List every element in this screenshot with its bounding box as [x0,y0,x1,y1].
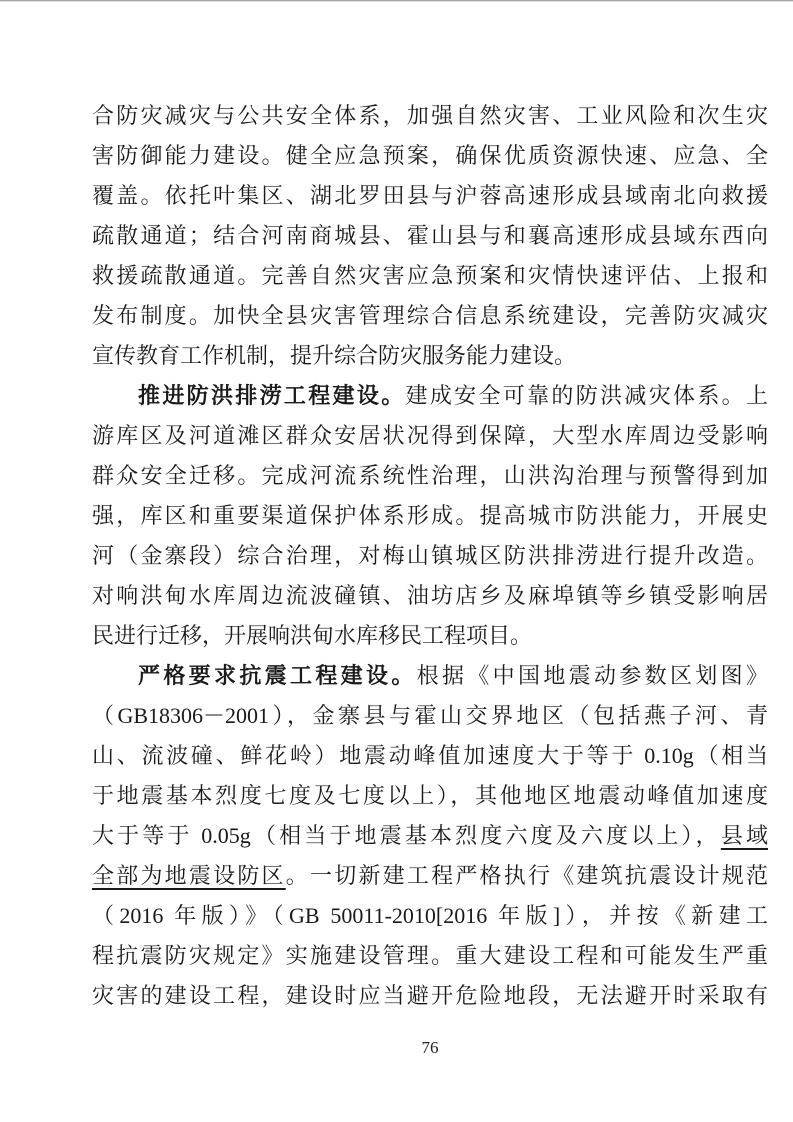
text-line: （2016 年版）》（GB 50011-2010[2016 年版]），并按《新建… [92,896,768,936]
text-line: 全部为地震设防区。一切新建工程严格执行《建筑抗震设计规范 [92,856,768,896]
text-segment-plain: （2016 年版）》（GB 50011-2010[2016 年版]），并按《新建… [92,903,768,928]
text-line: 发布制度。加快全县灾害管理综合信息系统建设，完善防灾减灾 [92,296,768,336]
paragraph-disaster-prevention-system: 合防灾减灾与公共安全体系，加强自然灾害、工业风险和次生灾害防御能力建设。健全应急… [92,96,768,376]
text-line: 宣传教育工作机制，提升综合防灾服务能力建设。 [92,336,768,376]
text-line: 于地震基本烈度七度及七度以上），其他地区地震动峰值加速度 [92,776,768,816]
text-segment-bold: 严格要求抗震工程建设。 [138,663,417,688]
text-line: 救援疏散通道。完善自然灾害应急预案和灾情快速评估、上报和 [92,256,768,296]
text-segment-plain: 害防御能力建设。健全应急预案，确保优质资源快速、应急、全 [92,143,768,168]
text-line: 覆盖。依托叶集区、湖北罗田县与沪蓉高速形成县域南北向救援 [92,176,768,216]
text-line: 大于等于 0.05g（相当于地震基本烈度六度及六度以上），县域 [92,816,768,856]
text-line: 游库区及河道滩区群众安居状况得到保障，大型水库周边受影响 [92,416,768,456]
text-line: 强，库区和重要渠道保护体系形成。提高城市防洪能力，开展史 [92,496,768,536]
text-segment-plain: 发布制度。加快全县灾害管理综合信息系统建设，完善防灾减灾 [92,303,768,328]
page-number: 76 [92,1036,768,1060]
text-segment-plain: 群众安全迁移。完成河流系统性治理，山洪沟治理与预警得到加 [92,463,768,488]
text-line: 疏散通道；结合河南商城县、霍山县与和襄高速形成县域东西向 [92,216,768,256]
text-segment-plain: 强，库区和重要渠道保护体系形成。提高城市防洪能力，开展史 [92,503,768,528]
text-segment-plain: 山、流波䃥、鲜花岭）地震动峰值加速度大于等于 0.10g（相当 [92,743,768,768]
text-segment-plain: 根据《中国地震动参数区划图》 [417,663,768,688]
text-segment-plain: 大于等于 0.05g（相当于地震基本烈度六度及六度以上）， [92,823,721,848]
text-segment-plain: 程抗震防灾规定》实施建设管理。重大建设工程和可能发生严重 [92,943,768,968]
paragraph-flood-control-engineering: 推进防洪排涝工程建设。建成安全可靠的防洪减灾体系。上游库区及河道滩区群众安居状况… [92,376,768,656]
text-segment-plain: 游库区及河道滩区群众安居状况得到保障，大型水库周边受影响 [92,423,768,448]
text-segment-plain: 宣传教育工作机制，提升综合防灾服务能力建设。 [92,343,576,368]
document-body: 合防灾减灾与公共安全体系，加强自然灾害、工业风险和次生灾害防御能力建设。健全应急… [92,96,768,1016]
text-line: （GB18306－2001），金寨县与霍山交界地区（包括燕子河、青 [92,696,768,736]
scan-top-edge [0,0,793,2]
paragraph-seismic-engineering-requirements: 严格要求抗震工程建设。根据《中国地震动参数区划图》（GB18306－2001），… [92,656,768,1016]
text-segment-plain: （GB18306－2001），金寨县与霍山交界地区（包括燕子河、青 [92,703,768,728]
text-line: 严格要求抗震工程建设。根据《中国地震动参数区划图》 [92,656,768,696]
text-line: 合防灾减灾与公共安全体系，加强自然灾害、工业风险和次生灾 [92,96,768,136]
text-segment-plain: 对响洪甸水库周边流波䃥镇、油坊店乡及麻埠镇等乡镇受影响居 [92,583,768,608]
text-segment-plain: 救援疏散通道。完善自然灾害应急预案和灾情快速评估、上报和 [92,263,768,288]
text-segment-plain: 河（金寨段）综合治理，对梅山镇城区防洪排涝进行提升改造。 [92,543,768,568]
text-line: 山、流波䃥、鲜花岭）地震动峰值加速度大于等于 0.10g（相当 [92,736,768,776]
text-segment-plain: 疏散通道；结合河南商城县、霍山县与和襄高速形成县域东西向 [92,223,768,248]
text-segment-plain: 覆盖。依托叶集区、湖北罗田县与沪蓉高速形成县域南北向救援 [92,183,768,208]
text-segment-plain: 灾害的建设工程，建设时应当避开危险地段，无法避开时采取有 [92,983,768,1008]
text-line: 推进防洪排涝工程建设。建成安全可靠的防洪减灾体系。上 [92,376,768,416]
text-segment-plain: 合防灾减灾与公共安全体系，加强自然灾害、工业风险和次生灾 [92,103,768,128]
text-segment-plain: 。一切新建工程严格执行《建筑抗震设计规范 [286,863,768,888]
text-segment-plain: 建成安全可靠的防洪减灾体系。上 [406,383,768,408]
text-line: 群众安全迁移。完成河流系统性治理，山洪沟治理与预警得到加 [92,456,768,496]
text-line: 民进行迁移，开展响洪甸水库移民工程项目。 [92,616,768,656]
text-line: 灾害的建设工程，建设时应当避开危险地段，无法避开时采取有 [92,976,768,1016]
text-segment-underline: 县域 [721,823,768,848]
text-line: 河（金寨段）综合治理，对梅山镇城区防洪排涝进行提升改造。 [92,536,768,576]
text-segment-bold: 推进防洪排涝工程建设。 [138,383,406,408]
text-line: 程抗震防灾规定》实施建设管理。重大建设工程和可能发生严重 [92,936,768,976]
text-segment-plain: 民进行迁移，开展响洪甸水库移民工程项目。 [92,623,532,648]
text-segment-plain: 于地震基本烈度七度及七度以上），其他地区地震动峰值加速度 [92,783,768,808]
text-line: 害防御能力建设。健全应急预案，确保优质资源快速、应急、全 [92,136,768,176]
text-segment-underline: 全部为地震设防区 [92,863,286,888]
text-line: 对响洪甸水库周边流波䃥镇、油坊店乡及麻埠镇等乡镇受影响居 [92,576,768,616]
